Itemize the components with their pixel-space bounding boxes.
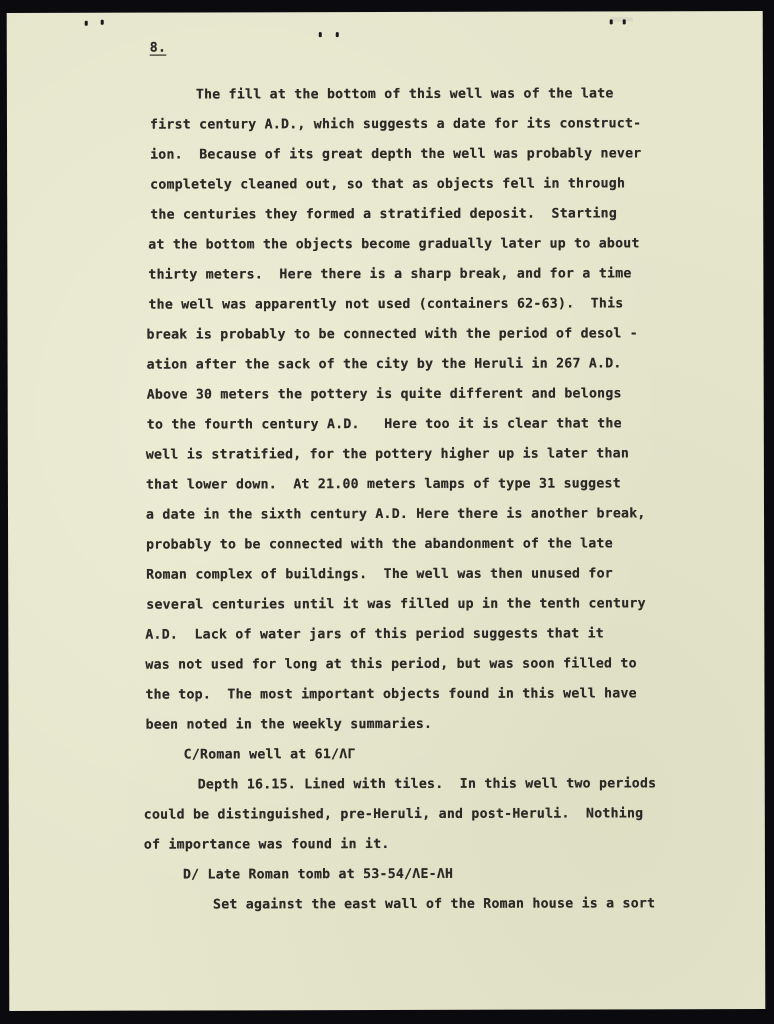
text-line: D/ Late Roman tomb at 53-54/ΛΕ-ΛΗ	[183, 867, 453, 883]
typed-document-page: 8. The fill at the bottom of this well w…	[7, 11, 766, 1011]
punch-mark	[85, 21, 88, 26]
text-line: probably to be connected with the abando…	[146, 536, 613, 552]
text-line: to the fourth century A.D. Here too it i…	[147, 416, 622, 432]
text-line: the top. The most important objects foun…	[145, 686, 636, 702]
text-line: Depth 16.15. Lined with tiles. In this w…	[198, 776, 657, 792]
text-line: been noted in the weekly summaries.	[146, 717, 433, 733]
text-line: several centuries until it was filled up…	[146, 596, 646, 612]
body-text: The fill at the bottom of this well was …	[7, 11, 763, 13]
text-line: at the bottom the objects become gradual…	[148, 236, 639, 252]
text-line: completely cleaned out, so that as objec…	[150, 176, 625, 192]
text-line: was not used for long at this period, bu…	[145, 656, 636, 672]
text-line: a date in the sixth century A.D. Here th…	[146, 506, 646, 522]
text-line: The fill at the bottom of this well was …	[196, 86, 614, 102]
text-line: Above 30 meters the pottery is quite dif…	[147, 386, 622, 402]
text-line: Set against the east wall of the Roman h…	[213, 896, 655, 912]
page-number: 8.	[150, 41, 166, 56]
punch-mark	[623, 19, 626, 24]
text-line: the centuries they formed a stratified d…	[150, 206, 617, 222]
text-line: C/Roman well at 61/ΛΓ	[184, 747, 356, 762]
text-line: of importance was found in it.	[144, 837, 390, 853]
text-line: Roman complex of buildings. The well was…	[146, 566, 613, 582]
text-line: A.D. Lack of water jars of this period s…	[145, 626, 604, 642]
text-line: ation after the sack of the city by the …	[147, 356, 622, 372]
text-line: could be distinguished, pre-Heruli, and …	[144, 806, 644, 822]
text-line: well is stratified, for the pottery high…	[146, 446, 629, 462]
text-line: thirty meters. Here there is a sharp bre…	[148, 266, 631, 282]
text-line: the well was apparently not used (contai…	[148, 296, 623, 312]
text-line: first century A.D., which suggests a dat…	[150, 116, 641, 132]
text-line: ion. Because of its great depth the well…	[150, 146, 641, 162]
text-line: that lower down. At 21.00 meters lamps o…	[146, 476, 621, 492]
punch-mark	[101, 20, 104, 25]
text-line: break is probably to be connected with t…	[147, 326, 638, 342]
punch-mark	[336, 32, 339, 37]
paper-tab-mark	[611, 17, 633, 21]
punch-mark	[319, 32, 322, 37]
punch-mark	[610, 19, 613, 24]
